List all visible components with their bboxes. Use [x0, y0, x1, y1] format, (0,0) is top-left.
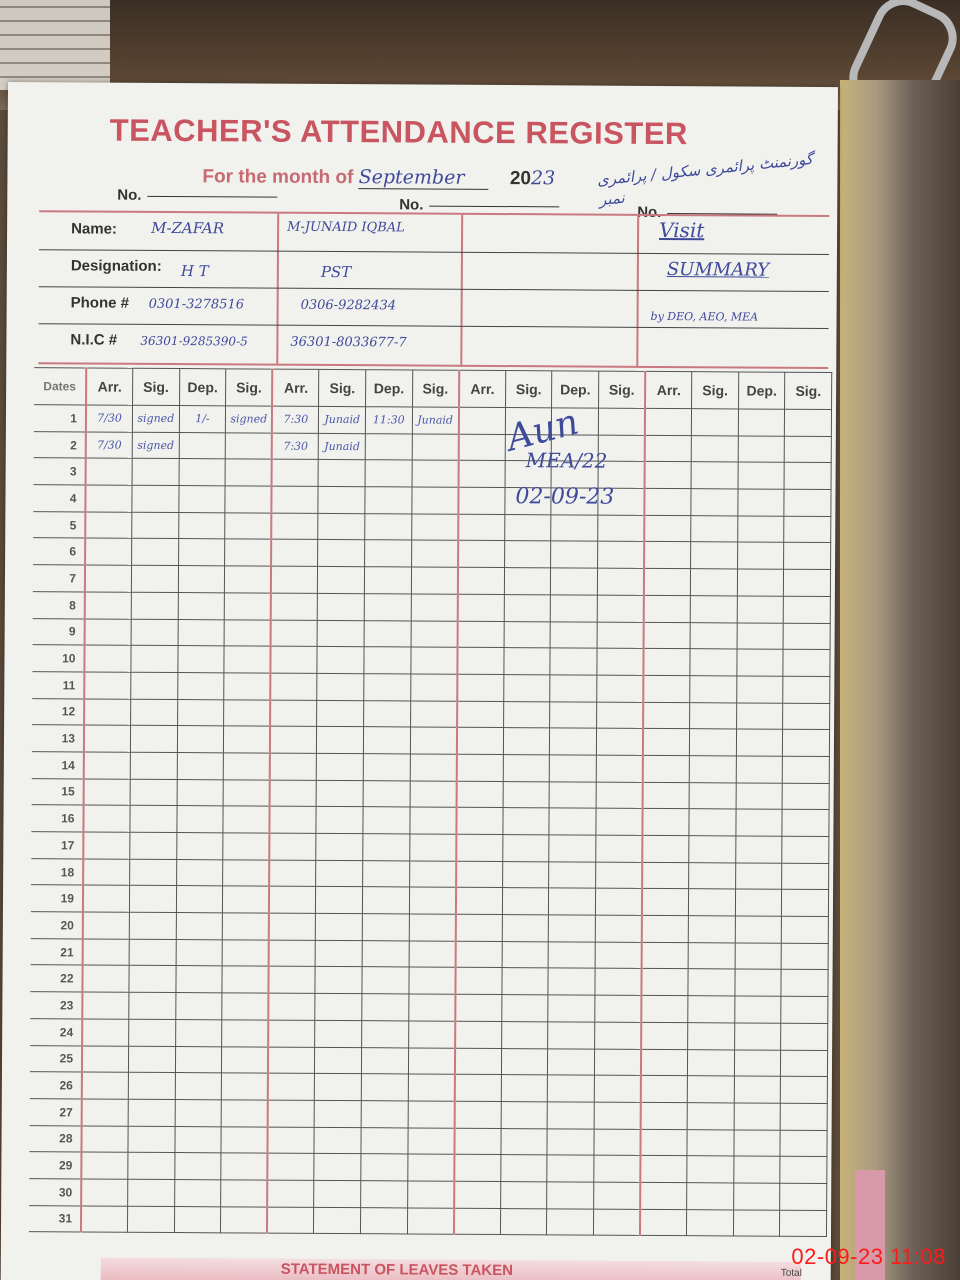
attendance-cell[interactable]	[268, 1100, 315, 1127]
attendance-cell[interactable]	[735, 889, 782, 916]
attendance-cell[interactable]	[780, 1210, 827, 1237]
attendance-cell[interactable]	[783, 623, 830, 650]
attendance-cell[interactable]	[83, 805, 130, 832]
attendance-cell[interactable]	[547, 1208, 594, 1235]
attendance-cell[interactable]	[132, 485, 179, 512]
attendance-cell[interactable]	[642, 915, 689, 942]
attendance-cell[interactable]	[549, 808, 596, 835]
attendance-cell[interactable]	[363, 727, 410, 754]
attendance-cell[interactable]	[501, 1021, 548, 1048]
attendance-cell[interactable]	[224, 699, 271, 726]
attendance-cell[interactable]	[502, 861, 549, 888]
attendance-cell[interactable]	[224, 646, 271, 673]
attendance-cell[interactable]	[410, 701, 457, 728]
attendance-cell[interactable]	[454, 1128, 501, 1155]
attendance-cell[interactable]	[362, 887, 409, 914]
attendance-cell[interactable]	[503, 728, 550, 755]
attendance-cell[interactable]	[736, 729, 783, 756]
attendance-cell[interactable]	[318, 540, 365, 567]
attendance-cell[interactable]	[131, 699, 178, 726]
attendance-cell[interactable]	[644, 569, 691, 596]
attendance-cell[interactable]	[503, 808, 550, 835]
attendance-cell[interactable]	[597, 595, 644, 622]
attendance-cell[interactable]	[596, 728, 643, 755]
attendance-cell[interactable]	[267, 1207, 314, 1234]
attendance-cell[interactable]	[174, 1206, 221, 1233]
attendance-cell[interactable]	[407, 1208, 454, 1235]
attendance-cell[interactable]	[130, 779, 177, 806]
attendance-cell[interactable]	[129, 939, 176, 966]
attendance-cell[interactable]	[314, 1154, 361, 1181]
attendance-cell[interactable]	[407, 1154, 454, 1181]
attendance-cell[interactable]	[83, 859, 130, 886]
attendance-cell[interactable]	[738, 516, 785, 543]
attendance-cell[interactable]	[503, 754, 550, 781]
attendance-cell[interactable]	[409, 967, 456, 994]
attendance-cell[interactable]	[548, 1022, 595, 1049]
attendance-cell[interactable]	[178, 646, 225, 673]
attendance-cell[interactable]	[734, 1156, 781, 1183]
attendance-cell[interactable]	[361, 1181, 408, 1208]
attendance-cell[interactable]	[131, 565, 178, 592]
attendance-cell[interactable]	[642, 889, 689, 916]
attendance-cell[interactable]	[225, 539, 272, 566]
attendance-cell[interactable]	[272, 459, 319, 486]
attendance-cell[interactable]	[364, 567, 411, 594]
attendance-cell[interactable]	[784, 569, 831, 596]
attendance-cell[interactable]	[689, 889, 736, 916]
attendance-cell[interactable]	[501, 1128, 548, 1155]
attendance-cell[interactable]	[314, 1127, 361, 1154]
attendance-cell[interactable]	[550, 621, 597, 648]
attendance-cell[interactable]	[687, 1183, 734, 1210]
attendance-cell[interactable]	[785, 409, 832, 436]
attendance-cell[interactable]	[410, 727, 457, 754]
attendance-cell[interactable]	[362, 994, 409, 1021]
attendance-cell[interactable]	[687, 1156, 734, 1183]
attendance-cell[interactable]: signed	[132, 405, 179, 432]
attendance-cell[interactable]	[411, 620, 458, 647]
attendance-cell[interactable]	[82, 965, 129, 992]
attendance-cell[interactable]	[178, 539, 225, 566]
attendance-cell[interactable]	[645, 408, 692, 435]
attendance-cell[interactable]	[81, 1206, 128, 1233]
attendance-cell[interactable]	[362, 1020, 409, 1047]
attendance-cell[interactable]	[691, 542, 738, 569]
attendance-cell[interactable]	[83, 832, 130, 859]
attendance-cell[interactable]	[597, 622, 644, 649]
attendance-cell[interactable]	[129, 992, 176, 1019]
attendance-cell[interactable]	[782, 783, 829, 810]
attendance-cell[interactable]	[270, 780, 317, 807]
attendance-cell[interactable]	[643, 729, 690, 756]
attendance-cell[interactable]	[221, 1153, 268, 1180]
attendance-cell[interactable]	[640, 1182, 687, 1209]
attendance-cell[interactable]	[410, 674, 457, 701]
attendance-cell[interactable]	[223, 860, 270, 887]
attendance-cell[interactable]	[177, 672, 224, 699]
attendance-cell[interactable]	[271, 593, 318, 620]
attendance-cell[interactable]	[783, 729, 830, 756]
attendance-cell[interactable]	[317, 780, 364, 807]
attendance-cell[interactable]	[270, 833, 317, 860]
attendance-cell[interactable]	[82, 1072, 129, 1099]
attendance-cell[interactable]	[129, 1019, 176, 1046]
attendance-cell[interactable]	[785, 436, 832, 463]
attendance-cell[interactable]	[224, 673, 271, 700]
attendance-cell[interactable]	[689, 756, 736, 783]
attendance-cell[interactable]	[131, 645, 178, 672]
attendance-cell[interactable]	[315, 967, 362, 994]
attendance-cell[interactable]	[457, 621, 504, 648]
attendance-cell[interactable]	[363, 754, 410, 781]
attendance-cell[interactable]	[223, 886, 270, 913]
attendance-cell[interactable]	[456, 808, 503, 835]
attendance-cell[interactable]	[645, 462, 692, 489]
attendance-cell[interactable]	[81, 1126, 128, 1153]
attendance-cell[interactable]	[271, 566, 318, 593]
attendance-cell[interactable]	[176, 833, 223, 860]
attendance-cell[interactable]	[363, 860, 410, 887]
attendance-cell[interactable]: Junaid	[319, 433, 366, 460]
attendance-cell[interactable]	[596, 835, 643, 862]
attendance-cell[interactable]: signed	[226, 406, 273, 433]
attendance-cell[interactable]	[222, 1046, 269, 1073]
attendance-cell[interactable]	[737, 622, 784, 649]
attendance-cell[interactable]	[411, 567, 458, 594]
attendance-cell[interactable]	[409, 861, 456, 888]
attendance-cell[interactable]	[317, 727, 364, 754]
attendance-cell[interactable]	[129, 1046, 176, 1073]
attendance-cell[interactable]	[176, 966, 223, 993]
attendance-cell[interactable]	[687, 1103, 734, 1130]
attendance-cell[interactable]	[735, 969, 782, 996]
attendance-cell[interactable]	[317, 673, 364, 700]
attendance-cell[interactable]	[177, 726, 224, 753]
attendance-cell[interactable]	[548, 1102, 595, 1129]
attendance-cell[interactable]	[361, 1101, 408, 1128]
attendance-cell[interactable]	[641, 1102, 688, 1129]
attendance-cell[interactable]	[691, 435, 738, 462]
attendance-cell[interactable]	[734, 1103, 781, 1130]
attendance-cell[interactable]	[174, 1179, 221, 1206]
attendance-cell[interactable]	[178, 512, 225, 539]
attendance-cell[interactable]	[738, 409, 785, 436]
attendance-cell[interactable]	[175, 1046, 222, 1073]
attendance-cell[interactable]	[131, 672, 178, 699]
attendance-cell[interactable]	[130, 886, 177, 913]
attendance-cell[interactable]	[365, 487, 412, 514]
attendance-cell[interactable]	[81, 1152, 128, 1179]
attendance-cell[interactable]	[174, 1153, 221, 1180]
attendance-cell[interactable]	[457, 674, 504, 701]
attendance-cell[interactable]	[547, 1155, 594, 1182]
attendance-cell[interactable]	[782, 890, 829, 917]
attendance-cell[interactable]	[223, 806, 270, 833]
attendance-cell[interactable]	[178, 566, 225, 593]
attendance-cell[interactable]	[643, 782, 690, 809]
attendance-cell[interactable]	[221, 1180, 268, 1207]
attendance-cell[interactable]	[595, 969, 642, 996]
attendance-cell[interactable]	[597, 568, 644, 595]
attendance-cell[interactable]	[598, 515, 645, 542]
attendance-cell[interactable]	[689, 782, 736, 809]
attendance-cell[interactable]	[315, 1020, 362, 1047]
attendance-cell[interactable]	[549, 888, 596, 915]
attendance-cell[interactable]: Junaid	[319, 406, 366, 433]
attendance-cell[interactable]	[268, 1047, 315, 1074]
attendance-cell[interactable]	[364, 620, 411, 647]
attendance-cell[interactable]	[455, 1048, 502, 1075]
attendance-cell[interactable]	[455, 1074, 502, 1101]
attendance-cell[interactable]	[504, 594, 551, 621]
attendance-cell[interactable]	[501, 1155, 548, 1182]
attendance-cell[interactable]	[690, 702, 737, 729]
attendance-cell[interactable]	[269, 940, 316, 967]
attendance-cell[interactable]	[734, 1049, 781, 1076]
attendance-cell[interactable]	[689, 836, 736, 863]
attendance-cell[interactable]	[504, 674, 551, 701]
attendance-cell[interactable]	[128, 1153, 175, 1180]
attendance-cell[interactable]	[269, 886, 316, 913]
attendance-cell[interactable]	[365, 433, 412, 460]
attendance-cell[interactable]	[364, 674, 411, 701]
attendance-cell[interactable]	[408, 1101, 455, 1128]
attendance-cell[interactable]	[548, 1048, 595, 1075]
attendance-cell[interactable]	[363, 780, 410, 807]
attendance-cell[interactable]	[361, 1074, 408, 1101]
attendance-cell[interactable]	[690, 676, 737, 703]
attendance-cell[interactable]	[178, 592, 225, 619]
attendance-cell[interactable]	[500, 1208, 547, 1235]
attendance-cell[interactable]	[594, 1182, 641, 1209]
attendance-cell[interactable]	[783, 676, 830, 703]
attendance-cell[interactable]	[597, 648, 644, 675]
attendance-cell[interactable]	[132, 512, 179, 539]
attendance-cell[interactable]	[551, 568, 598, 595]
attendance-cell[interactable]	[503, 835, 550, 862]
attendance-cell[interactable]	[410, 807, 457, 834]
attendance-cell[interactable]	[691, 569, 738, 596]
attendance-cell[interactable]	[177, 752, 224, 779]
attendance-cell[interactable]	[221, 1206, 268, 1233]
attendance-cell[interactable]	[689, 862, 736, 889]
attendance-cell[interactable]	[85, 485, 132, 512]
attendance-cell[interactable]	[177, 806, 224, 833]
attendance-cell[interactable]: 7:30	[272, 406, 319, 433]
attendance-cell[interactable]	[594, 1075, 641, 1102]
attendance-cell[interactable]	[411, 647, 458, 674]
attendance-cell[interactable]	[688, 1022, 735, 1049]
attendance-cell[interactable]	[551, 541, 598, 568]
attendance-cell[interactable]	[457, 647, 504, 674]
attendance-cell[interactable]	[780, 1183, 827, 1210]
attendance-cell[interactable]: 7/30	[86, 405, 133, 432]
attendance-cell[interactable]	[268, 1180, 315, 1207]
attendance-cell[interactable]	[780, 1156, 827, 1183]
attendance-cell[interactable]	[85, 538, 132, 565]
attendance-cell[interactable]	[224, 619, 271, 646]
attendance-cell[interactable]	[409, 941, 456, 968]
attendance-cell[interactable]	[781, 970, 828, 997]
attendance-cell[interactable]	[735, 996, 782, 1023]
attendance-cell[interactable]	[84, 699, 131, 726]
attendance-cell[interactable]	[784, 543, 831, 570]
attendance-cell[interactable]	[128, 1099, 175, 1126]
attendance-cell[interactable]	[738, 489, 785, 516]
attendance-cell[interactable]	[550, 728, 597, 755]
attendance-cell[interactable]	[408, 1047, 455, 1074]
attendance-cell[interactable]	[85, 512, 132, 539]
attendance-cell[interactable]	[365, 540, 412, 567]
attendance-cell[interactable]	[85, 565, 132, 592]
attendance-cell[interactable]	[270, 806, 317, 833]
attendance-cell[interactable]	[501, 1075, 548, 1102]
attendance-cell[interactable]	[223, 833, 270, 860]
attendance-cell[interactable]	[454, 1154, 501, 1181]
attendance-cell[interactable]	[458, 567, 505, 594]
attendance-cell[interactable]	[645, 435, 692, 462]
attendance-cell[interactable]	[594, 1102, 641, 1129]
attendance-cell[interactable]	[596, 755, 643, 782]
attendance-cell[interactable]	[175, 1099, 222, 1126]
attendance-cell[interactable]	[175, 993, 222, 1020]
attendance-cell[interactable]	[269, 993, 316, 1020]
attendance-cell[interactable]	[318, 620, 365, 647]
attendance-cell[interactable]	[644, 649, 691, 676]
attendance-cell[interactable]	[548, 995, 595, 1022]
attendance-cell[interactable]	[641, 996, 688, 1023]
attendance-cell[interactable]	[733, 1210, 780, 1237]
attendance-cell[interactable]	[736, 809, 783, 836]
attendance-cell[interactable]	[734, 1023, 781, 1050]
attendance-cell[interactable]	[178, 619, 225, 646]
attendance-cell[interactable]	[411, 594, 458, 621]
attendance-cell[interactable]	[690, 622, 737, 649]
attendance-cell[interactable]	[175, 1073, 222, 1100]
attendance-cell[interactable]	[270, 700, 317, 727]
attendance-cell[interactable]	[317, 700, 364, 727]
attendance-cell[interactable]	[175, 1019, 222, 1046]
attendance-cell[interactable]	[84, 779, 131, 806]
attendance-cell[interactable]	[549, 942, 596, 969]
attendance-cell[interactable]	[782, 836, 829, 863]
attendance-cell[interactable]	[550, 648, 597, 675]
attendance-cell[interactable]	[597, 675, 644, 702]
attendance-cell[interactable]	[597, 702, 644, 729]
attendance-cell[interactable]	[362, 914, 409, 941]
attendance-cell[interactable]	[409, 887, 456, 914]
attendance-cell[interactable]	[640, 1209, 687, 1236]
attendance-cell[interactable]	[687, 1129, 734, 1156]
attendance-cell[interactable]	[737, 569, 784, 596]
attendance-cell[interactable]	[269, 913, 316, 940]
attendance-cell[interactable]	[595, 888, 642, 915]
attendance-cell[interactable]	[316, 807, 363, 834]
attendance-cell[interactable]	[179, 459, 226, 486]
attendance-cell[interactable]	[454, 1101, 501, 1128]
attendance-cell[interactable]	[689, 809, 736, 836]
attendance-cell[interactable]	[361, 1127, 408, 1154]
attendance-cell[interactable]	[688, 996, 735, 1023]
attendance-cell[interactable]	[179, 486, 226, 513]
attendance-cell[interactable]	[314, 1207, 361, 1234]
attendance-cell[interactable]	[735, 916, 782, 943]
attendance-cell[interactable]	[315, 1047, 362, 1074]
attendance-cell[interactable]	[318, 567, 365, 594]
attendance-cell[interactable]	[314, 1180, 361, 1207]
attendance-cell[interactable]	[128, 1126, 175, 1153]
attendance-cell[interactable]	[408, 1128, 455, 1155]
attendance-cell[interactable]: signed	[132, 432, 179, 459]
attendance-cell[interactable]	[598, 542, 645, 569]
attendance-cell[interactable]	[550, 701, 597, 728]
attendance-cell[interactable]	[177, 699, 224, 726]
attendance-cell[interactable]	[781, 1103, 828, 1130]
attendance-cell[interactable]	[131, 726, 178, 753]
attendance-cell[interactable]	[224, 726, 271, 753]
attendance-cell[interactable]	[455, 994, 502, 1021]
attendance-cell[interactable]	[225, 459, 272, 486]
attendance-cell[interactable]	[642, 942, 689, 969]
attendance-cell[interactable]	[363, 807, 410, 834]
attendance-cell[interactable]	[271, 540, 318, 567]
attendance-cell[interactable]	[456, 861, 503, 888]
attendance-cell[interactable]	[84, 645, 131, 672]
attendance-cell[interactable]	[551, 595, 598, 622]
attendance-cell[interactable]	[549, 835, 596, 862]
attendance-cell[interactable]	[690, 649, 737, 676]
attendance-cell[interactable]	[692, 409, 739, 436]
attendance-cell[interactable]	[502, 995, 549, 1022]
attendance-cell[interactable]	[268, 1020, 315, 1047]
attendance-cell[interactable]	[221, 1100, 268, 1127]
attendance-cell[interactable]	[780, 1130, 827, 1157]
attendance-cell[interactable]	[270, 753, 317, 780]
attendance-cell[interactable]	[595, 995, 642, 1022]
attendance-cell[interactable]	[593, 1209, 640, 1236]
attendance-cell[interactable]	[364, 647, 411, 674]
attendance-cell[interactable]	[644, 542, 691, 569]
attendance-cell[interactable]	[272, 513, 319, 540]
attendance-cell[interactable]	[642, 835, 689, 862]
attendance-cell[interactable]	[225, 513, 272, 540]
attendance-cell[interactable]	[548, 1075, 595, 1102]
attendance-cell[interactable]	[365, 513, 412, 540]
attendance-cell[interactable]	[595, 915, 642, 942]
attendance-cell[interactable]	[82, 1099, 129, 1126]
attendance-cell[interactable]	[363, 834, 410, 861]
attendance-cell[interactable]	[687, 1209, 734, 1236]
attendance-cell[interactable]	[408, 1021, 455, 1048]
attendance-cell[interactable]	[781, 1050, 828, 1077]
attendance-cell[interactable]	[177, 779, 224, 806]
attendance-cell[interactable]	[738, 436, 785, 463]
attendance-cell[interactable]	[736, 756, 783, 783]
attendance-cell[interactable]	[179, 432, 226, 459]
attendance-cell[interactable]	[316, 860, 363, 887]
attendance-cell[interactable]	[222, 966, 269, 993]
attendance-cell[interactable]	[456, 914, 503, 941]
attendance-cell[interactable]	[641, 1049, 688, 1076]
attendance-cell[interactable]	[502, 941, 549, 968]
attendance-cell[interactable]	[454, 1181, 501, 1208]
attendance-cell[interactable]	[548, 968, 595, 995]
attendance-cell[interactable]	[82, 992, 129, 1019]
attendance-cell[interactable]	[84, 725, 131, 752]
attendance-cell[interactable]	[547, 1182, 594, 1209]
attendance-cell[interactable]	[737, 542, 784, 569]
